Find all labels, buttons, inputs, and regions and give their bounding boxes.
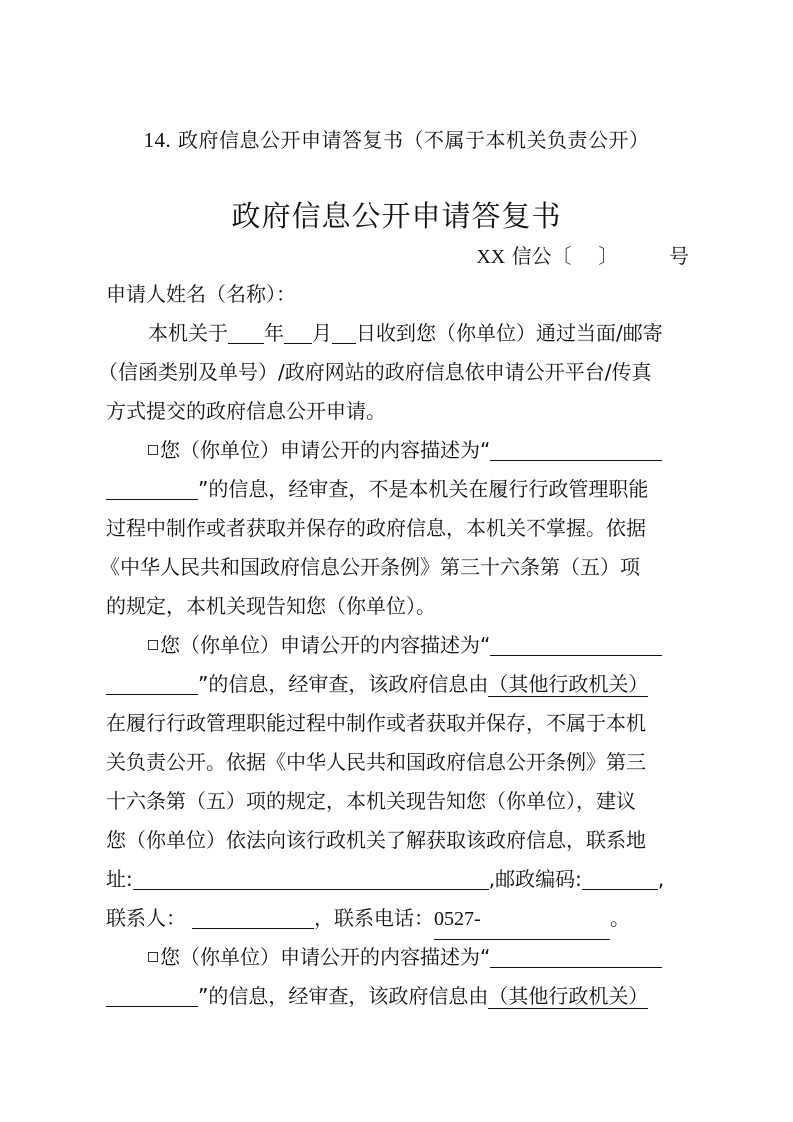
day-blank[interactable]: [332, 321, 356, 344]
option2-description-blank[interactable]: [490, 633, 662, 656]
option1-description-blank-cont[interactable]: [106, 477, 198, 500]
option3-description-blank[interactable]: [490, 945, 662, 968]
option3-line-1: 您（你单位）申请公开的内容描述为“: [106, 937, 730, 977]
option2-checkbox[interactable]: [148, 640, 158, 650]
section-heading: 14. 政府信息公开申请答复书（不属于本机关负责公开）: [0, 124, 793, 153]
option2-contact-line: 联系人：，联系电话：0527-。: [106, 898, 688, 938]
option1-line-4: 《中华人民共和国政府信息公开条例》第三十六条第（五）项: [100, 547, 682, 587]
month-blank[interactable]: [284, 321, 312, 344]
document-page: 14. 政府信息公开申请答复书（不属于本机关负责公开） 政府信息公开申请答复书 …: [0, 0, 793, 1122]
option3-line-2: ”的信息，经审查，该政府信息由（其他行政机关）: [106, 976, 688, 1016]
applicant-name-label: 申请人姓名（名称）：: [106, 274, 688, 314]
option2-line-1: 您（你单位）申请公开的内容描述为“: [106, 625, 730, 665]
address-blank[interactable]: [133, 867, 489, 890]
contact-person-blank[interactable]: [192, 906, 314, 929]
intro-line-2: （信函类别及单号）/政府网站的政府信息依申请公开平台/传真: [98, 352, 680, 392]
year-blank[interactable]: [228, 321, 264, 344]
document-title: 政府信息公开申请答复书: [0, 194, 793, 235]
option2-line-4: 关负责公开。依据《中华人民共和国政府信息公开条例》第三: [106, 742, 688, 782]
option1-line-3: 过程中制作或者获取并保存的政府信息，本机关不掌握。依据: [106, 508, 688, 548]
option2-line-2: ”的信息，经审查，该政府信息由（其他行政机关）: [106, 664, 688, 704]
option1-line-2: ”的信息，经审查，不是本机关在履行行政管理职能: [106, 469, 688, 509]
section-heading-text: 政府信息公开申请答复书（不属于本机关负责公开）: [178, 128, 650, 152]
option2-line-6: 您（你单位）依法向该行政机关了解获取该政府信息，联系地: [106, 820, 688, 860]
section-number: 14.: [143, 128, 171, 152]
postcode-blank[interactable]: [582, 867, 658, 890]
option1-checkbox[interactable]: [148, 445, 158, 455]
option2-agency[interactable]: （其他行政机关）: [488, 672, 648, 697]
option2-description-blank-cont[interactable]: [106, 672, 198, 695]
option2-address-line: 址:,邮政编码:,: [106, 859, 688, 899]
option1-line-1: 您（你单位）申请公开的内容描述为“: [106, 430, 730, 470]
option2-line-5: 十六条第（五）项的规定，本机关现告知您（你单位），建议: [106, 781, 688, 821]
option2-line-3: 在履行行政管理职能过程中制作或者获取并保存，不属于本机: [106, 703, 688, 743]
option3-checkbox[interactable]: [148, 952, 158, 962]
intro-line-1: 本机关于年月日收到您（你单位）通过当面/邮寄: [106, 313, 730, 353]
option1-description-blank[interactable]: [490, 438, 662, 461]
option3-description-blank-cont[interactable]: [106, 984, 198, 1007]
phone-field[interactable]: 0527-: [434, 899, 610, 940]
option1-line-5: 的规定，本机关现告知您（你单位）。: [106, 586, 688, 626]
option3-agency[interactable]: （其他行政机关）: [488, 984, 648, 1009]
intro-line-3: 方式提交的政府信息公开申请。: [106, 391, 688, 431]
document-number: XX 信公〔 〕 号: [476, 240, 689, 269]
